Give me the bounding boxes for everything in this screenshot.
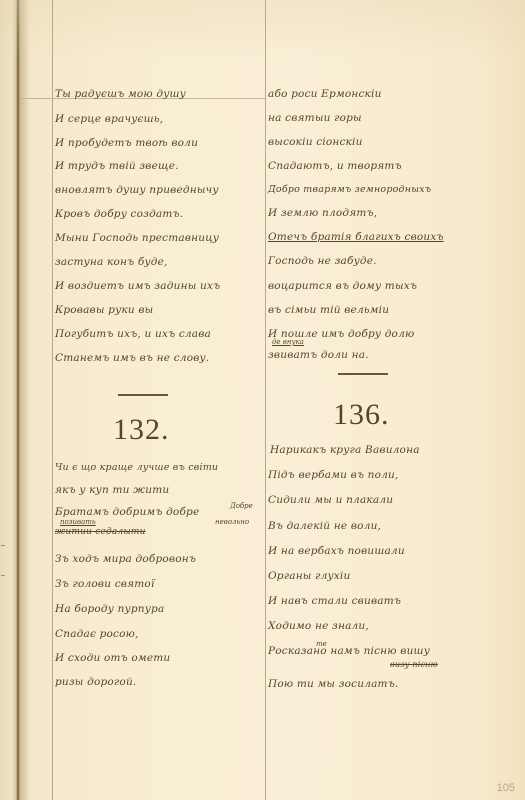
margin-correction: невольно xyxy=(215,518,249,526)
text-line: И землю плодятъ, xyxy=(268,207,377,219)
text-line: Ходимо не знали, xyxy=(268,620,369,632)
text-line-underlined: Отечъ братія благихъ своихъ xyxy=(268,231,444,243)
psalm-number: 136. xyxy=(333,398,390,432)
text-line: И трудъ твій звеще. xyxy=(55,160,179,172)
text-line: Господь не забуде. xyxy=(268,255,377,267)
text-line: звиватъ доли на. xyxy=(268,349,369,361)
text-line: Зъ ходъ мира добровонъ xyxy=(55,553,196,565)
center-column-rule xyxy=(265,0,266,800)
text-line: Кровавы руки вы xyxy=(55,304,153,316)
text-line: въ сімьи тій вельміи xyxy=(268,304,389,316)
text-line: Нарикакъ круга Вавилона xyxy=(270,444,420,456)
text-line: Органы глухіи xyxy=(268,570,350,582)
correction-above: де внука xyxy=(272,338,304,346)
text-line: Станемъ имъ въ не слову. xyxy=(55,352,209,364)
text-line: И воздиетъ имъ задины ихъ xyxy=(55,280,220,292)
text-line: або роси Ермонскіи xyxy=(268,88,382,100)
text-line: воцарится въ дому тыхъ xyxy=(268,280,417,292)
text-line: И навъ стали свиватъ xyxy=(268,595,401,607)
text-line: И на вербахъ повишали xyxy=(268,545,405,557)
page-top-shadow xyxy=(0,0,525,60)
text-line: И серце врачуєшь, xyxy=(55,113,163,125)
text-line: Кровъ добру создатъ. xyxy=(55,208,183,220)
text-line: Росказано намъ пісню вишу xyxy=(268,645,430,657)
text-line: на святыи горы xyxy=(268,112,362,124)
correction-above: позивать xyxy=(60,518,96,526)
text-line: Підъ вербами въ поли, xyxy=(268,469,399,481)
adjacent-page-fragment: ~ xyxy=(0,572,6,580)
psalm-number: 132. xyxy=(113,413,170,447)
text-line: ризы дорогой. xyxy=(55,676,136,688)
text-line: застуна конъ буде, xyxy=(55,256,168,268)
text-line: Зъ голови святої xyxy=(55,578,155,590)
page-number: 105 xyxy=(497,782,515,794)
text-line: Спадаютъ, и творятъ xyxy=(268,160,402,172)
text-line: высокіи сіонскіи xyxy=(268,136,363,148)
text-line: И сходи отъ омети xyxy=(55,652,170,664)
section-divider xyxy=(338,373,388,375)
section-divider xyxy=(118,394,168,396)
text-line: вновлятъ душу приведнычу xyxy=(55,184,219,196)
text-line: Спадає росою, xyxy=(55,628,139,640)
text-line: Братамъ добримъ добре xyxy=(55,506,199,518)
struck-text: визу пісню xyxy=(390,660,438,669)
text-line: Пою ти мы зосилатъ. xyxy=(268,678,398,690)
text-line: На бороду пурпура xyxy=(55,603,164,615)
text-line: Добро тварямъ земнородныхъ xyxy=(268,184,431,195)
text-line: якъ у куп ти жити xyxy=(55,484,169,496)
text-line: Ты радуєшъ мою душу xyxy=(55,88,186,100)
text-line: Сидили мы и плакали xyxy=(268,494,393,506)
struck-text-line: житии седалыти xyxy=(55,527,146,537)
text-line: Мыни Господь преставницу xyxy=(55,232,219,244)
left-margin-rule xyxy=(52,0,53,800)
text-line: Чи є що краще лучше въ світи xyxy=(55,462,218,473)
adjacent-page-fragment: ~ xyxy=(0,542,6,550)
text-line: Въ далекій не воли, xyxy=(268,520,381,532)
margin-correction: Добре xyxy=(230,502,253,510)
text-line: И пробудетъ твоѣ воли xyxy=(55,137,198,149)
text-line: Погубитъ ихъ, и ихъ слава xyxy=(55,328,211,340)
